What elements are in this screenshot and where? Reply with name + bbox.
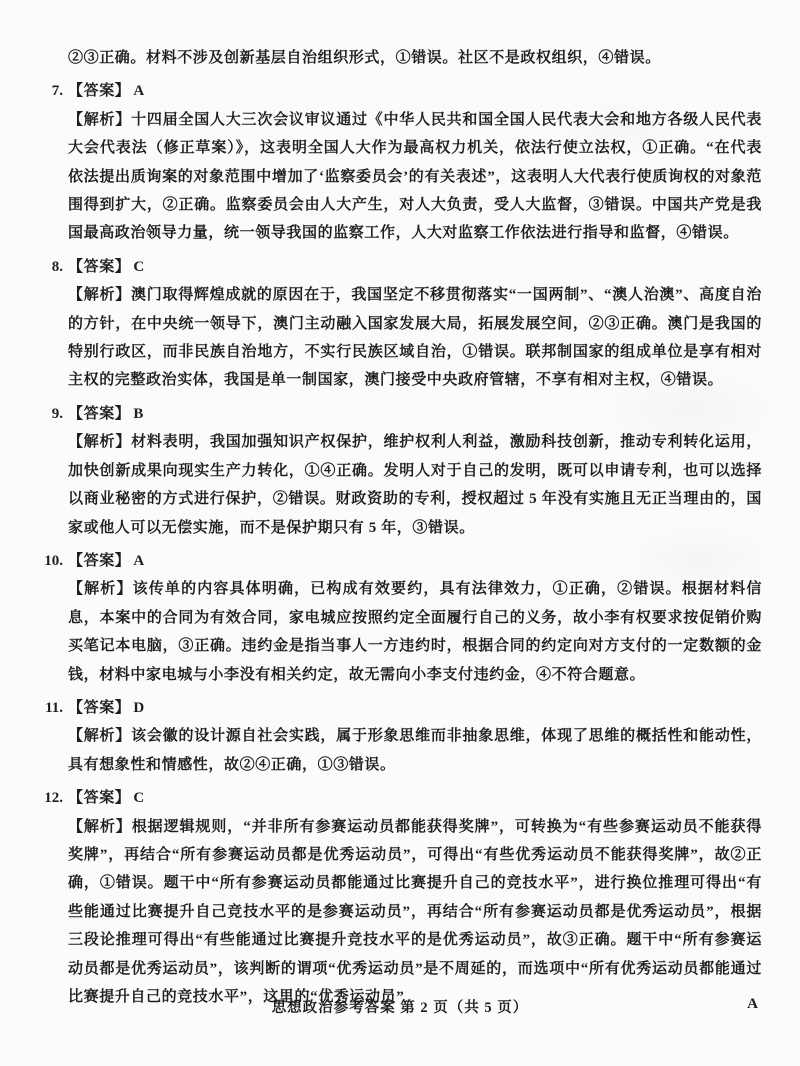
item-number: 11. [45, 694, 68, 722]
analysis-label: 【解析】 [68, 819, 132, 835]
analysis-text: 该会徽的设计源自社会实践，属于形象思维而非抽象思维，体现了思维的概括性和能动性，… [68, 728, 762, 772]
analysis-label: 【解析】 [68, 434, 131, 450]
answer-label: 【答案】 [68, 259, 130, 275]
analysis-paragraph: 【解析】该会徽的设计源自社会实践，属于形象思维而非抽象思维，体现了思维的概括性和… [68, 722, 762, 779]
answer-line: 【答案】B [68, 400, 762, 428]
page-content: ②③正确。材料不涉及创新基层自治组织形式，①错误。社区不是政权组织，④错误。 7… [68, 44, 762, 1011]
answer-key-page: ②③正确。材料不涉及创新基层自治组织形式，①错误。社区不是政权组织，④错误。 7… [0, 0, 800, 1066]
footer-page-label: 思想政治参考答案 第 2 页（共 5 页） [0, 996, 800, 1017]
item-number: 9. [52, 400, 68, 428]
answer-value: D [133, 700, 144, 716]
analysis-label: 【解析】 [68, 112, 131, 128]
answer-item-11: 11. 【答案】D 【解析】该会徽的设计源自社会实践，属于形象思维而非抽象思维，… [68, 694, 762, 779]
analysis-text: 澳门取得辉煌成就的原因在于，我国坚定不移贯彻落实“一国两制”、“澳人治澳”、高度… [68, 287, 762, 388]
analysis-paragraph: 【解析】根据逻辑规则，“并非所有参赛运动员都能获得奖牌”，可转换为“有些参赛运动… [68, 813, 762, 1012]
answer-value: A [133, 83, 144, 99]
answer-line: 【答案】A [68, 547, 762, 575]
item-number: 10. [44, 547, 68, 575]
answer-label: 【答案】 [68, 83, 130, 99]
answer-value: A [133, 553, 144, 569]
answer-item-7: 7. 【答案】A 【解析】十四届全国人大三次会议审议通过《中华人民共和国全国人民… [68, 77, 762, 247]
analysis-text: 材料表明，我国加强知识产权保护，维护权利人利益，激励科技创新，推动专利转化运用，… [68, 434, 762, 535]
item-number: 12. [44, 784, 68, 812]
answer-line: 【答案】C [68, 253, 762, 281]
analysis-label: 【解析】 [68, 287, 131, 303]
answer-line: 【答案】C [68, 784, 762, 812]
analysis-text: 该传单的内容具体明确，已构成有效要约，具有法律效力，①正确，②错误。根据材料信息… [68, 581, 762, 682]
analysis-paragraph: 【解析】澳门取得辉煌成就的原因在于，我国坚定不移贯彻落实“一国两制”、“澳人治澳… [68, 281, 762, 395]
answer-line: 【答案】D [68, 694, 762, 722]
answer-item-8: 8. 【答案】C 【解析】澳门取得辉煌成就的原因在于，我国坚定不移贯彻落实“一国… [68, 253, 762, 395]
continuation-text: ②③正确。材料不涉及创新基层自治组织形式，①错误。社区不是政权组织，④错误。 [68, 44, 762, 72]
answer-item-9: 9. 【答案】B 【解析】材料表明，我国加强知识产权保护，维护权利人利益，激励科… [68, 400, 762, 542]
analysis-text: 根据逻辑规则，“并非所有参赛运动员都能获得奖牌”，可转换为“有些参赛运动员不能获… [68, 819, 762, 1005]
paper-version-mark: A [747, 996, 758, 1013]
answer-label: 【答案】 [68, 700, 130, 716]
answer-item-10: 10. 【答案】A 【解析】该传单的内容具体明确，已构成有效要约，具有法律效力，… [68, 547, 762, 689]
analysis-label: 【解析】 [68, 728, 131, 744]
answer-label: 【答案】 [68, 553, 130, 569]
analysis-paragraph: 【解析】材料表明，我国加强知识产权保护，维护权利人利益，激励科技创新，推动专利转… [68, 428, 762, 542]
item-number: 8. [52, 253, 68, 281]
analysis-paragraph: 【解析】十四届全国人大三次会议审议通过《中华人民共和国全国人民代表大会和地方各级… [68, 106, 762, 248]
analysis-paragraph: 【解析】该传单的内容具体明确，已构成有效要约，具有法律效力，①正确，②错误。根据… [68, 575, 762, 689]
answer-value: C [133, 259, 144, 275]
answer-value: B [133, 406, 144, 422]
answer-line: 【答案】A [68, 77, 762, 105]
answer-item-12: 12. 【答案】C 【解析】根据逻辑规则，“并非所有参赛运动员都能获得奖牌”，可… [68, 784, 762, 1011]
answer-label: 【答案】 [68, 406, 130, 422]
answer-value: C [133, 790, 144, 806]
analysis-label: 【解析】 [68, 581, 133, 597]
analysis-text: 十四届全国人大三次会议审议通过《中华人民共和国全国人民代表大会和地方各级人民代表… [68, 112, 762, 242]
item-number: 7. [52, 77, 68, 105]
answer-label: 【答案】 [68, 790, 130, 806]
